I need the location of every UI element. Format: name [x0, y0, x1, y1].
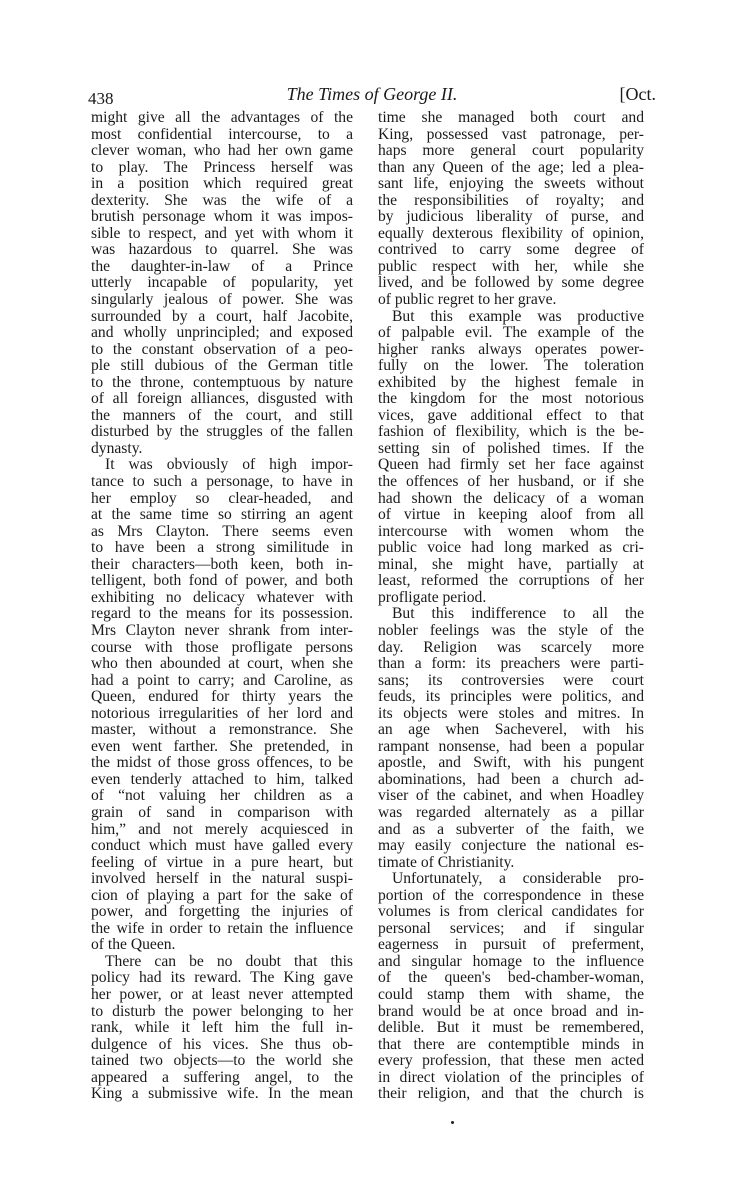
text-line: portion of the correspondence in these [378, 888, 644, 905]
text-line: master, without a remonstrance. She [91, 722, 353, 739]
text-line: surrounded by a court, half Jacobite, [91, 309, 353, 326]
text-line: of palpable evil. The example of the [378, 325, 644, 342]
text-line: was hazardous to quarrel. She was [91, 242, 353, 259]
text-line: of public regret to her grave. [378, 292, 644, 309]
text-line: dexterity. She was the wife of a [91, 193, 353, 210]
text-line: feeling of virtue in a pure heart, but [91, 855, 353, 872]
text-line: regard to the means for its possession. [91, 606, 353, 623]
text-line: in a position which required great [91, 176, 353, 193]
text-line: abominations, had been a church ad- [378, 772, 644, 789]
text-line: most confidential intercourse, to a [91, 127, 353, 144]
text-line: Mrs Clayton never shrank from inter- [91, 623, 353, 640]
text-line: power, and forgetting the injuries of [91, 904, 353, 921]
text-line: day. Religion was scarcely more [378, 640, 644, 657]
text-line: rampant nonsense, had been a popular [378, 739, 644, 756]
text-line: sant life, enjoying the sweets without [378, 176, 644, 193]
text-line: sans; its controversies were court [378, 673, 644, 690]
text-line: in direct violation of the principles of [378, 1070, 644, 1087]
footer-mark [451, 1121, 454, 1124]
text-line: feuds, its principles were politics, and [378, 689, 644, 706]
text-line: Queen had firmly set her face against [378, 457, 644, 474]
text-line: at the same time so stirring an agent [91, 507, 353, 524]
text-line: to the constant observation of a peo- [91, 342, 353, 359]
text-line: every profession, that these men acted [378, 1053, 644, 1070]
text-line: grain of sand in comparison with [91, 805, 353, 822]
text-line: and as a subverter of the faith, we [378, 822, 644, 839]
text-line: of the Queen. [91, 937, 353, 954]
text-line: that there are contemptible minds in [378, 1037, 644, 1054]
text-line: and singular homage to the influence [378, 954, 644, 971]
text-line: clever woman, who had her own game [91, 143, 353, 160]
text-line: course with those profligate persons [91, 640, 353, 657]
text-line: fully on the lower. The toleration [378, 358, 644, 375]
text-line: time she managed both court and [378, 110, 644, 127]
text-line: eagerness in pursuit of preferment, [378, 937, 644, 954]
text-line: her power, or at least never attempted [91, 987, 353, 1004]
text-line: as Mrs Clayton. There seems even [91, 524, 353, 541]
text-line: its objects were stoles and mitres. In [378, 706, 644, 723]
text-line: than a form: its preachers were parti- [378, 656, 644, 673]
page-header: 438 The Times of George II. [Oct. [88, 82, 656, 106]
text-line: notorious irregularities of her lord and [91, 706, 353, 723]
text-line: to disturb the power belonging to her [91, 1004, 353, 1021]
text-line: him,” and not merely acquiesced in [91, 822, 353, 839]
text-line: of the queen's bed-chamber-woman, [378, 970, 644, 987]
text-line: could stamp them with shame, the [378, 987, 644, 1004]
text-line: the kingdom for the most notorious [378, 391, 644, 408]
text-line: intercourse with women whom the [378, 524, 644, 541]
text-line: dulgence of his vices. She thus ob- [91, 1037, 353, 1054]
text-line: involved herself in the natural suspi- [91, 871, 353, 888]
text-line: an age when Sacheverel, with his [378, 722, 644, 739]
text-line: ple still dubious of the German title [91, 358, 353, 375]
text-line: to play. The Princess herself was [91, 160, 353, 177]
text-line: appeared a suffering angel, to the [91, 1070, 353, 1087]
issue-mark: [Oct. [620, 84, 656, 105]
text-line: who then abounded at court, when she [91, 656, 353, 673]
text-line: singularly jealous of power. She was [91, 292, 353, 309]
text-line: profligate period. [378, 590, 644, 607]
text-line: public voice had long marked as cri- [378, 540, 644, 557]
text-line: than any Queen of the age; led a plea- [378, 160, 644, 177]
text-line: of all foreign alliances, disgusted with [91, 391, 353, 408]
text-line: fashion of flexibility, which is the be- [378, 424, 644, 441]
running-title: The Times of George II. [88, 84, 656, 105]
text-line: King a submissive wife. In the mean [91, 1086, 353, 1103]
text-line: conduct which must have galled every [91, 838, 353, 855]
text-line: by judicious liberality of purse, and [378, 209, 644, 226]
right-text-column: time she managed both court andKing, pos… [378, 110, 644, 1103]
text-line: timate of Christianity. [378, 855, 644, 872]
text-line: the responsibilities of royalty; and [378, 193, 644, 210]
text-line: brand would be at once broad and in- [378, 1004, 644, 1021]
text-line: had a point to carry; and Caroline, as [91, 673, 353, 690]
left-text-column: might give all the advantages of themost… [91, 110, 353, 1103]
text-line: of “not valuing her children as a [91, 788, 353, 805]
text-line: nobler feelings was the style of the [378, 623, 644, 640]
text-line: tance to such a personage, to have in [91, 474, 353, 491]
text-line: It was obviously of high impor- [91, 457, 353, 474]
text-line: telligent, both fond of power, and both [91, 573, 353, 590]
text-line: was regarded alternately as a pillar [378, 805, 644, 822]
text-line: had shown the delicacy of a woman [378, 491, 644, 508]
text-line: utterly incapable of popularity, yet [91, 275, 353, 292]
text-line: the wife in order to retain the influenc… [91, 921, 353, 938]
text-line: of virtue in keeping aloof from all [378, 507, 644, 524]
text-line: Unfortunately, a considerable pro- [378, 871, 644, 888]
text-line: least, reformed the corruptions of her [378, 573, 644, 590]
text-line: viser of the cabinet, and when Hoadley [378, 788, 644, 805]
text-line: the daughter-in-law of a Prince [91, 259, 353, 276]
text-line: contrived to carry some degree of [378, 242, 644, 259]
text-line: their characters—both keen, both in- [91, 557, 353, 574]
text-line: Queen, endured for thirty years the [91, 689, 353, 706]
text-line: may easily conjecture the national es- [378, 838, 644, 855]
text-line: vices, gave additional effect to that [378, 408, 644, 425]
text-line: their religion, and that the church is [378, 1086, 644, 1103]
text-line: setting sin of polished times. If the [378, 441, 644, 458]
text-line: disturbed by the struggles of the fallen [91, 424, 353, 441]
text-line: But this indifference to all the [378, 606, 644, 623]
text-line: the offences of her husband, or if she [378, 474, 644, 491]
text-line: apostle, and Swift, with his pungent [378, 755, 644, 772]
text-line: dynasty. [91, 441, 353, 458]
text-line: the manners of the court, and still [91, 408, 353, 425]
text-line: her employ so clear-headed, and [91, 491, 353, 508]
text-line: might give all the advantages of the [91, 110, 353, 127]
text-line: exhibiting no delicacy whatever with [91, 590, 353, 607]
text-line: brutish personage whom it was impos- [91, 209, 353, 226]
text-line: sible to respect, and yet with whom it [91, 226, 353, 243]
text-line: to the throne, contemptuous by nature [91, 375, 353, 392]
text-line: delible. But it must be remembered, [378, 1020, 644, 1037]
text-line: haps more general court popularity [378, 143, 644, 160]
text-line: to have been a strong similitude in [91, 540, 353, 557]
text-line: King, possessed vast patronage, per- [378, 127, 644, 144]
text-line: There can be no doubt that this [91, 954, 353, 971]
text-line: the midst of those gross offences, to be [91, 755, 353, 772]
text-line: lived, and be followed by some degree [378, 275, 644, 292]
text-line: public respect with her, while she [378, 259, 644, 276]
text-line: and wholly unprincipled; and exposed [91, 325, 353, 342]
text-line: minal, she might have, partially at [378, 557, 644, 574]
text-line: higher ranks always operates power- [378, 342, 644, 359]
text-line: rank, while it left him the full in- [91, 1020, 353, 1037]
text-line: even went farther. She pretended, in [91, 739, 353, 756]
text-line: personal services; and if singular [378, 921, 644, 938]
text-line: even tenderly attached to him, talked [91, 772, 353, 789]
book-page: 438 The Times of George II. [Oct. might … [0, 0, 750, 1179]
text-line: equally dexterous flexibility of opinion… [378, 226, 644, 243]
text-line: cion of playing a part for the sake of [91, 888, 353, 905]
text-line: tained two objects—to the world she [91, 1053, 353, 1070]
text-line: volumes is from clerical candidates for [378, 904, 644, 921]
text-line: policy had its reward. The King gave [91, 970, 353, 987]
text-line: But this example was productive [378, 309, 644, 326]
text-line: exhibited by the highest female in [378, 375, 644, 392]
